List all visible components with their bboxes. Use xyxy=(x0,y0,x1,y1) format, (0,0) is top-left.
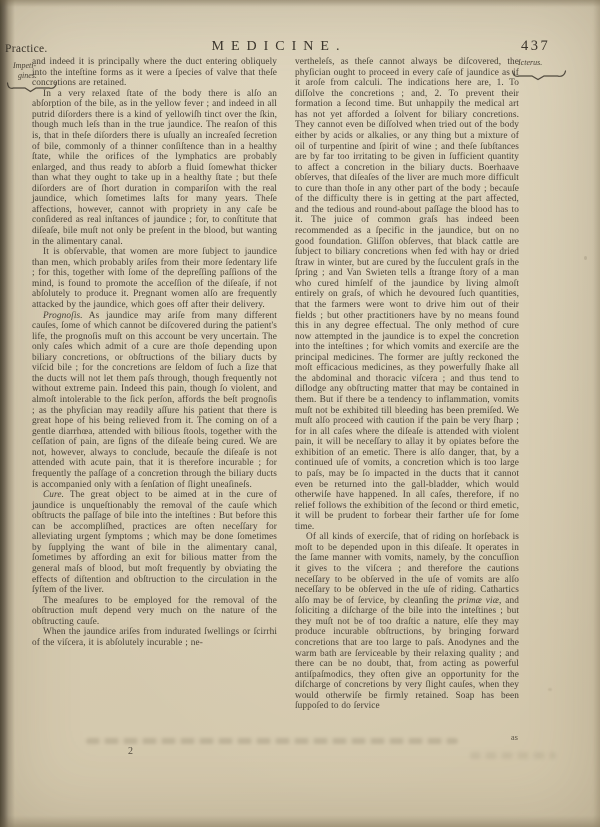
paragraph: In a very relaxed ſtate of the body ther… xyxy=(32,89,277,247)
page-gutter-shadow xyxy=(0,0,15,827)
margin-note-icterus: Icterus. xyxy=(518,58,580,81)
body-text: Of all kinds of exerciſe, that of riding… xyxy=(295,532,519,605)
section-flourish-icon xyxy=(511,69,567,81)
ink-bleedthrough xyxy=(470,752,556,759)
body-text: The great object to be aimed at in the c… xyxy=(32,490,277,595)
body-text: , and ſoliciting a diſcharge of the bile… xyxy=(295,596,519,712)
paragraph: Of all kinds of exerciſe, that of riding… xyxy=(295,532,519,712)
paragraph: When the jaundice ariſes from indurated … xyxy=(32,627,277,648)
paragraph: The meaſures to be employed for the remo… xyxy=(32,596,277,628)
italic-term: Prognoſis. xyxy=(43,311,83,321)
paragraph: vertheleſs, as theſe cannot always be di… xyxy=(295,57,519,532)
running-head: Practice. MEDICINE. 437 xyxy=(0,38,600,58)
body-text: In a very relaxed ſtate of the body ther… xyxy=(32,89,277,247)
page-title: MEDICINE. xyxy=(32,39,519,55)
page-edge-bottom xyxy=(0,815,600,827)
body-text: As jaundice may ariſe from many differen… xyxy=(32,311,277,490)
paragraph: It is obſervable, that women are more ſu… xyxy=(32,247,277,310)
paragraph: Prognoſis. As jaundice may ariſe from ma… xyxy=(32,311,277,491)
paragraph: Cure. The great object to be aimed at in… xyxy=(32,490,277,596)
body-text: The meaſures to be employed for the remo… xyxy=(32,596,277,627)
paper-speck xyxy=(548,688,552,691)
page-edge-right xyxy=(593,0,600,827)
paragraph: and indeed it is principally where the d… xyxy=(32,57,277,89)
body-text: When the jaundice ariſes from indurated … xyxy=(32,627,277,648)
body-text: vertheleſs, as theſe cannot always be di… xyxy=(295,57,519,532)
book-page: Practice. MEDICINE. 437 Impeti- gines. I… xyxy=(0,0,600,827)
catchword: as xyxy=(458,732,518,742)
page-number: 437 xyxy=(521,38,550,55)
body-text: and indeed it is principally where the d… xyxy=(32,57,277,88)
margin-note-line: Icterus. xyxy=(518,58,580,68)
signature-mark: 2 xyxy=(128,746,133,757)
text-column-left: and indeed it is principally where the d… xyxy=(32,57,277,649)
text-column-right: vertheleſs, as theſe cannot always be di… xyxy=(295,57,519,712)
italic-term: primæ viæ xyxy=(458,596,499,606)
paper-speck xyxy=(584,256,587,260)
italic-term: Cure. xyxy=(43,490,64,500)
ink-bleedthrough xyxy=(86,738,458,744)
page-edge-top xyxy=(0,0,600,7)
body-text: It is obſervable, that women are more ſu… xyxy=(32,247,277,310)
